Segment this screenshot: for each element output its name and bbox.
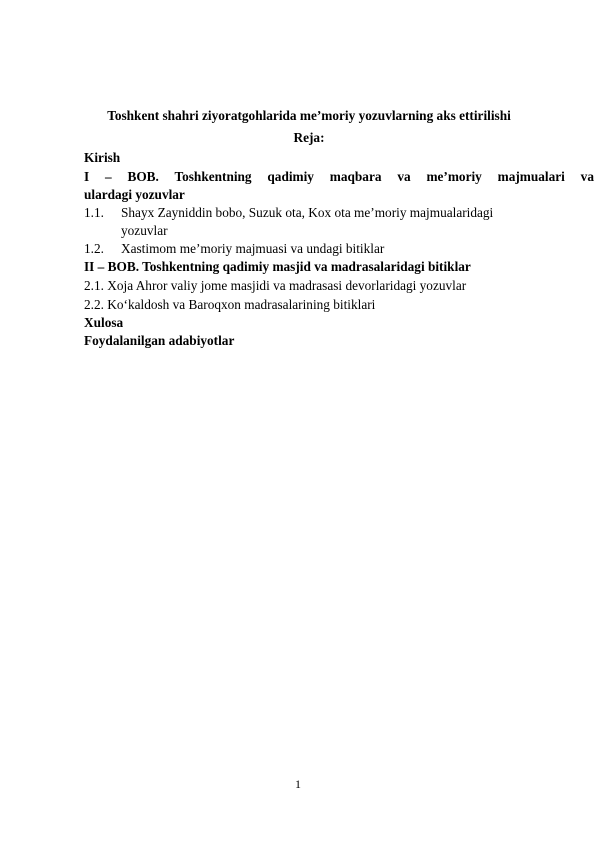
toc-conclusion: Xulosa xyxy=(84,314,524,332)
toc-section-1-2: 1.2.Xastimom me’moriy majmuasi va undagi… xyxy=(84,240,524,258)
section-number: 1.1. xyxy=(84,204,121,222)
document-page: Toshkent shahri ziyoratgohlarida me’mori… xyxy=(0,0,596,842)
plan-heading: Reja: xyxy=(84,129,534,146)
toc-chapter1-line1: I – BOB. Toshkentning qadimiy maqbara va… xyxy=(84,168,524,186)
document-title: Toshkent shahri ziyoratgohlarida me’mori… xyxy=(84,107,534,124)
toc-chapter2: II – BOB. Toshkentning qadimiy masjid va… xyxy=(84,258,524,276)
toc-section-2-2: 2.2. Ko‘kaldosh va Baroqxon madrasalarin… xyxy=(84,296,524,314)
toc-intro: Kirish xyxy=(84,149,524,167)
toc-section-1-1-cont: yozuvlar xyxy=(84,222,524,240)
section-number: 1.2. xyxy=(84,240,121,258)
toc-chapter1-line2: ulardagi yozuvlar xyxy=(84,186,524,204)
toc-section-1-1: 1.1.Shayx Zayniddin bobo, Suzuk ota, Kox… xyxy=(84,204,524,222)
toc-section-2-1: 2.1. Xoja Ahror valiy jome masjidi va ma… xyxy=(84,277,524,295)
section-title: Xastimom me’moriy majmuasi va undagi bit… xyxy=(121,241,384,256)
page-number: 1 xyxy=(0,777,596,792)
section-title: Shayx Zayniddin bobo, Suzuk ota, Kox ota… xyxy=(121,205,493,220)
toc-references: Foydalanilgan adabiyotlar xyxy=(84,332,524,350)
